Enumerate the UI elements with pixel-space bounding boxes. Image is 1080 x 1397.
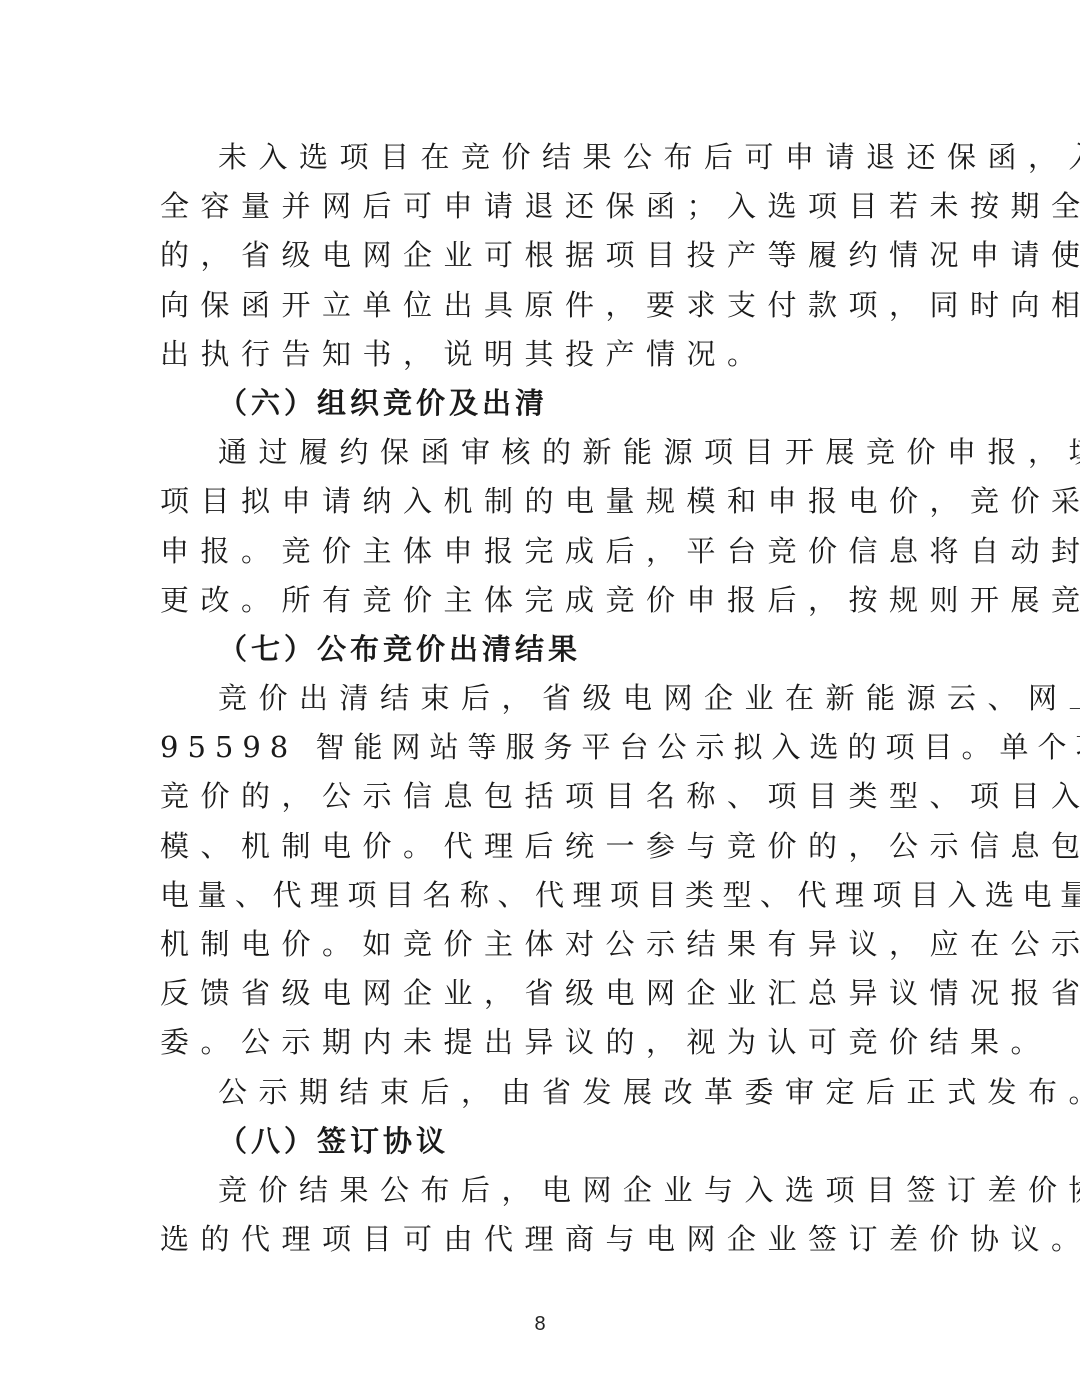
paragraph-line: 通过履约保函审核的新能源项目开展竞价申报，填报竞价 [160,428,922,477]
paragraph-line: 全容量并网后可申请退还保函；入选项目若未按期全容量并网 [160,182,922,231]
page-number: 8 [0,1313,1080,1336]
paragraph-line: 反馈省级电网企业，省级电网企业汇总异议情况报省发展改革 [160,969,922,1018]
paragraph-line: 出执行告知书，说明其投产情况。 [160,330,922,379]
paragraph-line: 更改。所有竞价主体完成竞价申报后，按规则开展竞价出清。 [160,576,922,625]
paragraph-line: 委。公示期内未提出异议的，视为认可竞价结果。 [160,1018,922,1067]
paragraph-line: 竞价的，公示信息包括项目名称、项目类型、项目入选电量规 [160,772,922,821]
paragraph-line: 机制电价。如竞价主体对公示结果有异议，应在公示期内书面 [160,920,922,969]
paragraph-line: 电量、代理项目名称、代理项目类型、代理项目入选电量规模、 [160,871,922,920]
paragraph-line: 公示期结束后，由省发展改革委审定后正式发布。 [160,1068,922,1117]
paragraph-line: 的，省级电网企业可根据项目投产等履约情况申请使用保函， [160,231,922,280]
paragraph-line: 未入选项目在竞价结果公布后可申请退还保函，入选项目 [160,133,922,182]
section-heading-7: （七）公布竞价出清结果 [160,625,922,674]
document-body: 未入选项目在竞价结果公布后可申请退还保函，入选项目 全容量并网后可申请退还保函；… [160,133,922,1264]
paragraph-line: 95598 智能网站等服务平台公示拟入选的项目。单个项目参与 [160,723,922,772]
paragraph-line: 竞价出清结束后，省级电网企业在新能源云、网上国网、 [160,674,922,723]
paragraph-line: 模、机制电价。代理后统一参与竞价的，公示信息包括入选总 [160,822,922,871]
section-heading-8: （八）签订协议 [160,1117,922,1166]
paragraph-line: 申报。竞价主体申报完成后，平台竞价信息将自动封存，不再 [160,527,922,576]
section-heading-6: （六）组织竞价及出清 [160,379,922,428]
paragraph-line: 项目拟申请纳入机制的电量规模和申报电价，竞价采用一段式 [160,477,922,526]
paragraph-line: 选的代理项目可由代理商与电网企业签订差价协议。 [160,1215,922,1264]
paragraph-line: 向保函开立单位出具原件，要求支付款项，同时向相关主体发 [160,281,922,330]
paragraph-line: 竞价结果公布后，电网企业与入选项目签订差价协议，入 [160,1166,922,1215]
